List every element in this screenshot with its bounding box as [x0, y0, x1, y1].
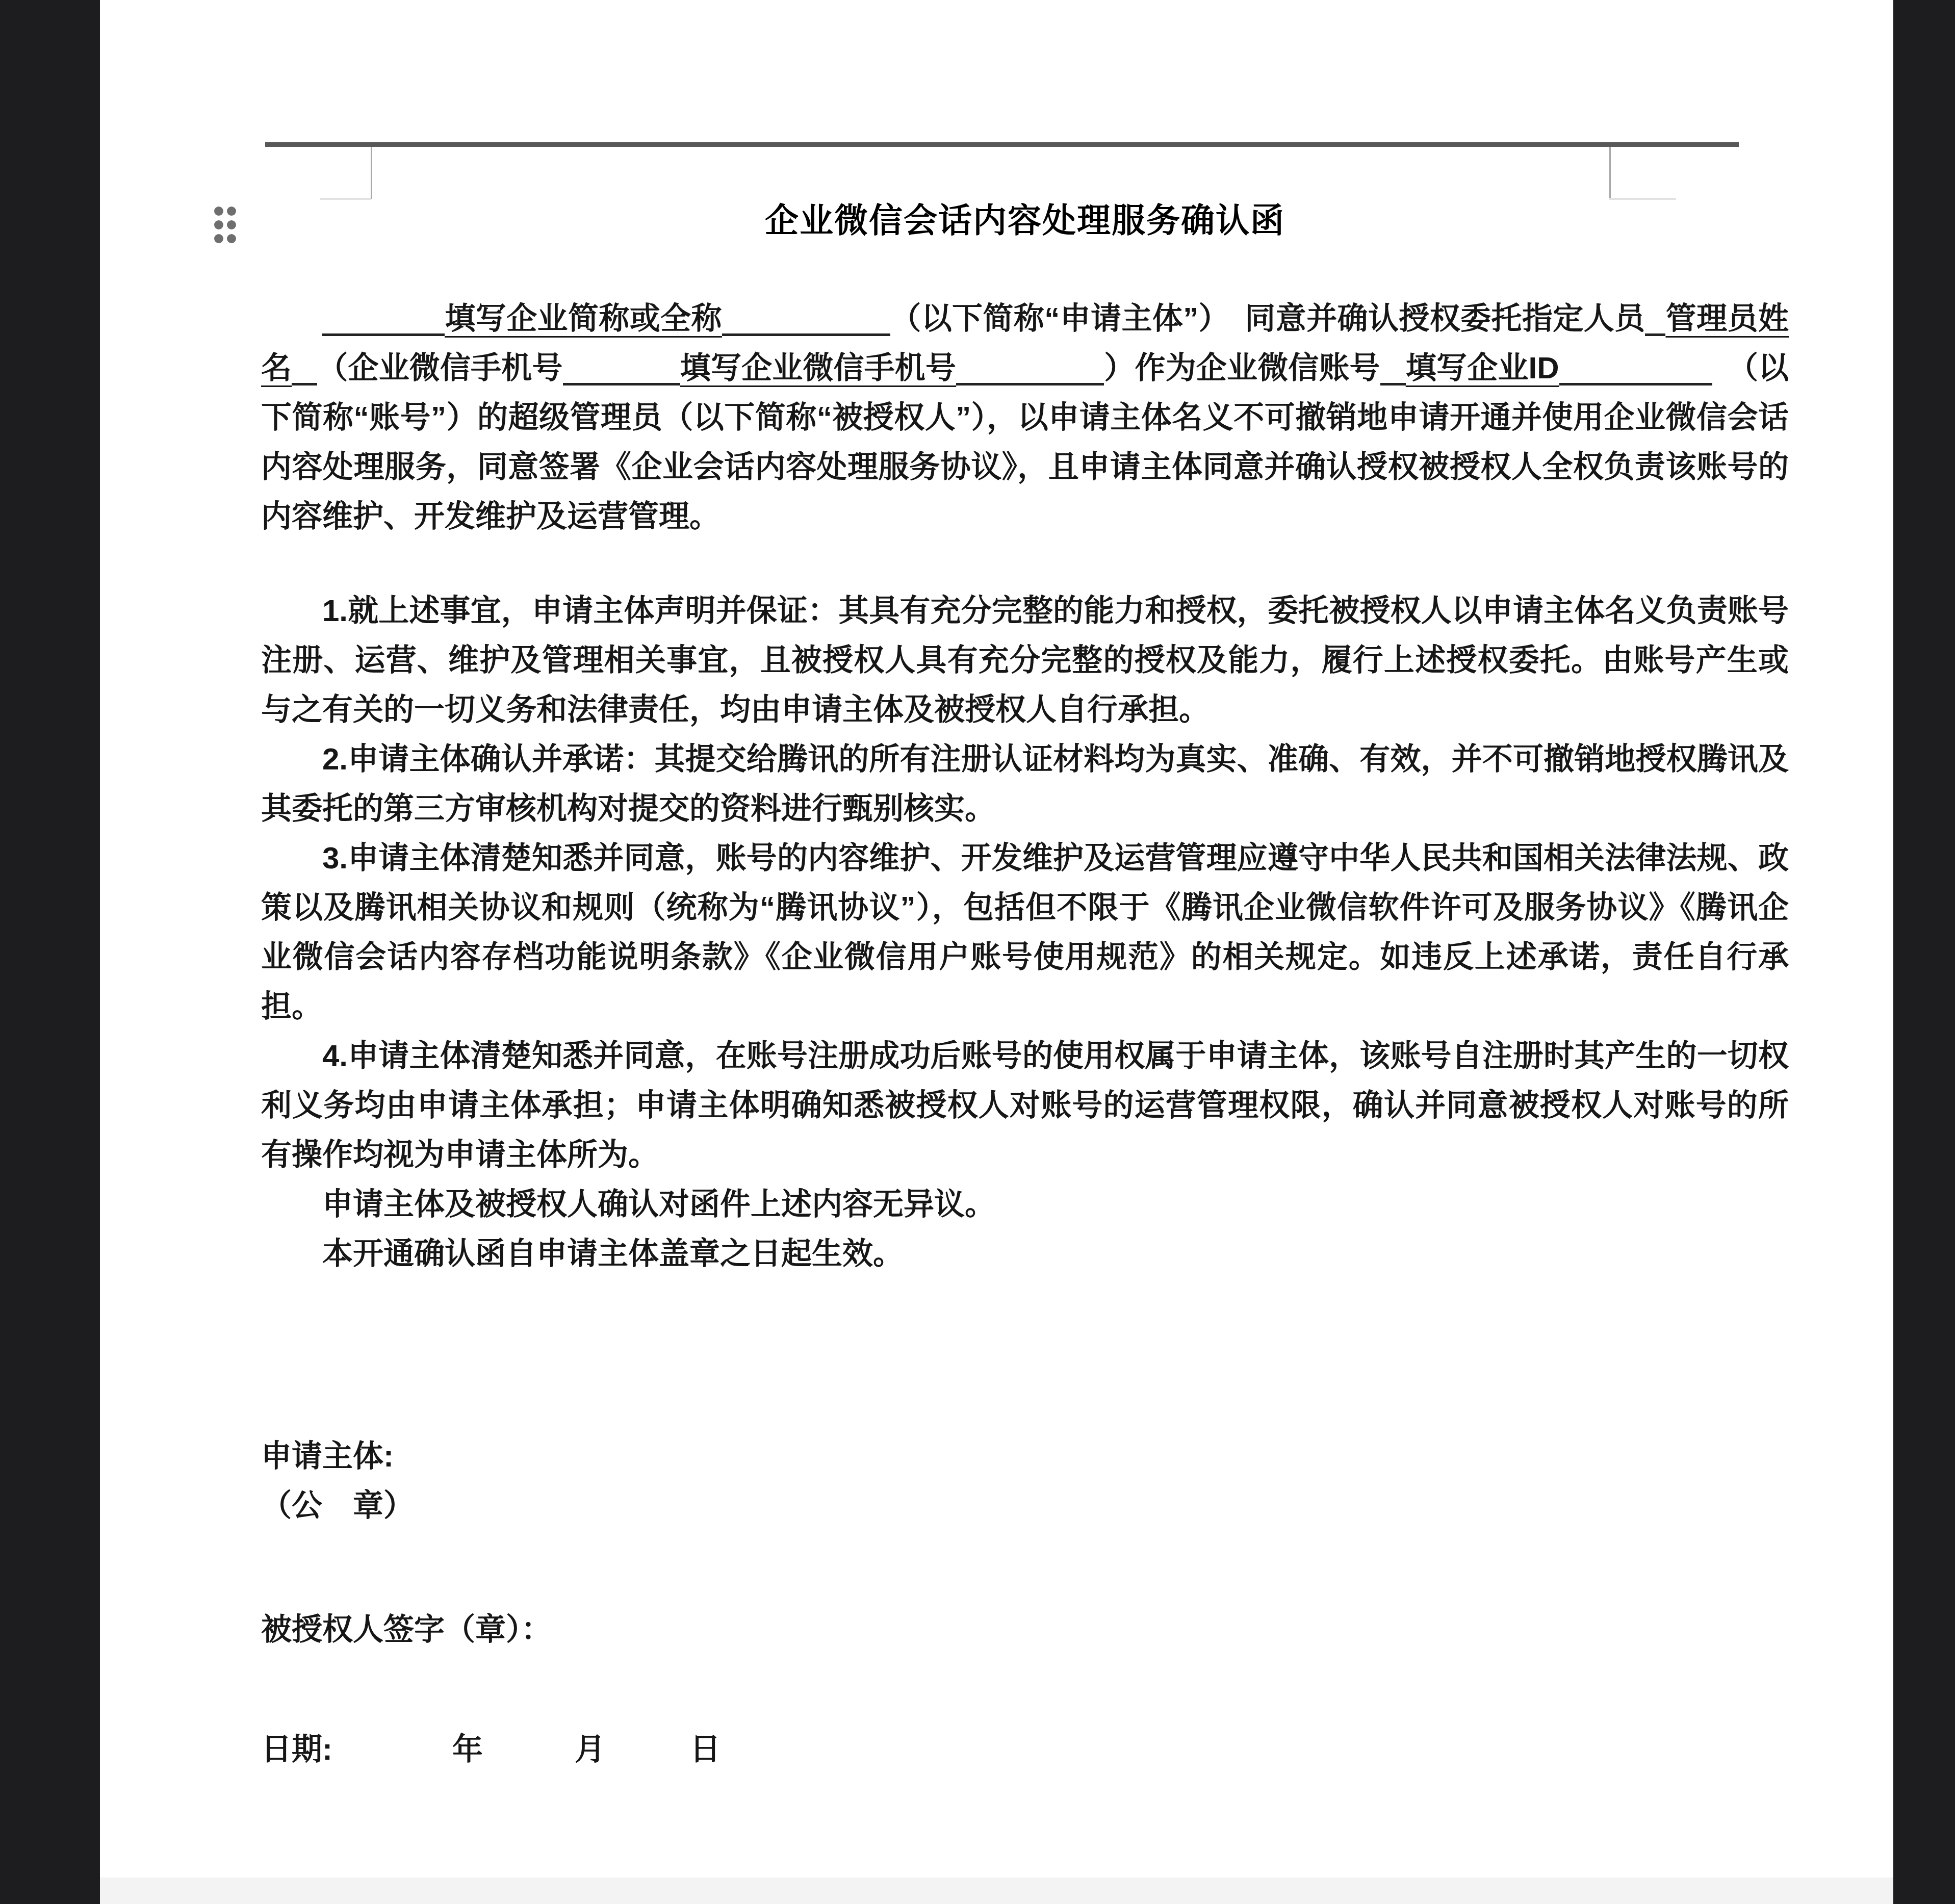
- drag-handle-icon[interactable]: [214, 207, 236, 243]
- date-year-label: 年: [452, 1732, 483, 1766]
- date-label: 日期:: [261, 1732, 332, 1766]
- clause-3: 3.申请主体清楚知悉并同意，账号的内容维护、开发维护及运营管理应遵守中华人民共和…: [261, 833, 1789, 1031]
- clauses-section: 1.就上述事宜，申请主体声明并保证：其具有充分完整的能力和授权，委托被授权人以申…: [261, 586, 1789, 1278]
- drag-dot: [214, 207, 223, 216]
- blank-id-field-tail: [1559, 370, 1712, 385]
- drag-dot: [214, 234, 223, 243]
- clause-2: 2.申请主体确认并承诺：其提交给腾讯的所有注册认证材料均为真实、准确、有效，并不…: [261, 734, 1789, 833]
- intro-paragraph: 填写企业简称或全称（以下简称“申请主体”） 同意并确认授权委托指定人员管理员姓名…: [261, 294, 1789, 541]
- document-content: 企业微信会话内容处理服务确认函 填写企业简称或全称（以下简称“申请主体”） 同意…: [261, 0, 1789, 1774]
- date-day-label: 日: [690, 1732, 721, 1766]
- drag-dot: [227, 207, 236, 216]
- blank-company-field: [322, 321, 445, 336]
- closing-line-effective-date: 本开通确认函自申请主体盖章之日起生效。: [261, 1229, 1789, 1278]
- intro-seg-applicant: （以下简称“申请主体”） 同意并确认授权委托指定人员: [890, 301, 1645, 336]
- intro-seg-phone-open: （企业微信手机号: [317, 351, 562, 385]
- signature-seal-label: （公 章）: [261, 1481, 1789, 1530]
- signature-applicant-label: 申请主体:: [261, 1431, 1789, 1481]
- blank-company-field-tail: [722, 321, 890, 336]
- left-letterbox: [0, 0, 100, 1904]
- blank-phone-field-tail: [956, 370, 1104, 385]
- intro-seg-account: ）作为企业微信账号: [1104, 351, 1380, 385]
- clause-1: 1.就上述事宜，申请主体声明并保证：其具有充分完整的能力和授权，委托被授权人以申…: [261, 586, 1789, 734]
- blank-admin-field-tail: [292, 370, 317, 385]
- clause-4: 4.申请主体清楚知悉并同意，在账号注册成功后账号的使用权属于申请主体，该账号自注…: [261, 1031, 1789, 1179]
- closing-line-no-objection: 申请主体及被授权人确认对函件上述内容无异议。: [261, 1179, 1789, 1229]
- fill-hint-phone: 填写企业微信手机号: [680, 351, 957, 385]
- drag-dot: [227, 220, 236, 229]
- page-bottom-band: [100, 1877, 1893, 1904]
- blank-id-field: [1380, 370, 1406, 385]
- right-letterbox: [1893, 0, 1955, 1904]
- date-line: 日期:年月日: [261, 1725, 1789, 1774]
- fill-hint-company: 填写企业简称或全称: [445, 301, 722, 336]
- drag-dot: [214, 220, 223, 229]
- signature-authorized-label: 被授权人签字（章）：: [261, 1605, 1789, 1654]
- drag-dot: [227, 234, 236, 243]
- blank-admin-field: [1645, 321, 1665, 336]
- date-month-label: 月: [575, 1732, 605, 1766]
- document-page: 企业微信会话内容处理服务确认函 填写企业简称或全称（以下简称“申请主体”） 同意…: [100, 0, 1893, 1904]
- document-title: 企业微信会话内容处理服务确认函: [261, 198, 1789, 243]
- blank-phone-field: [563, 370, 680, 385]
- fill-hint-company-id: 填写企业ID: [1406, 351, 1559, 385]
